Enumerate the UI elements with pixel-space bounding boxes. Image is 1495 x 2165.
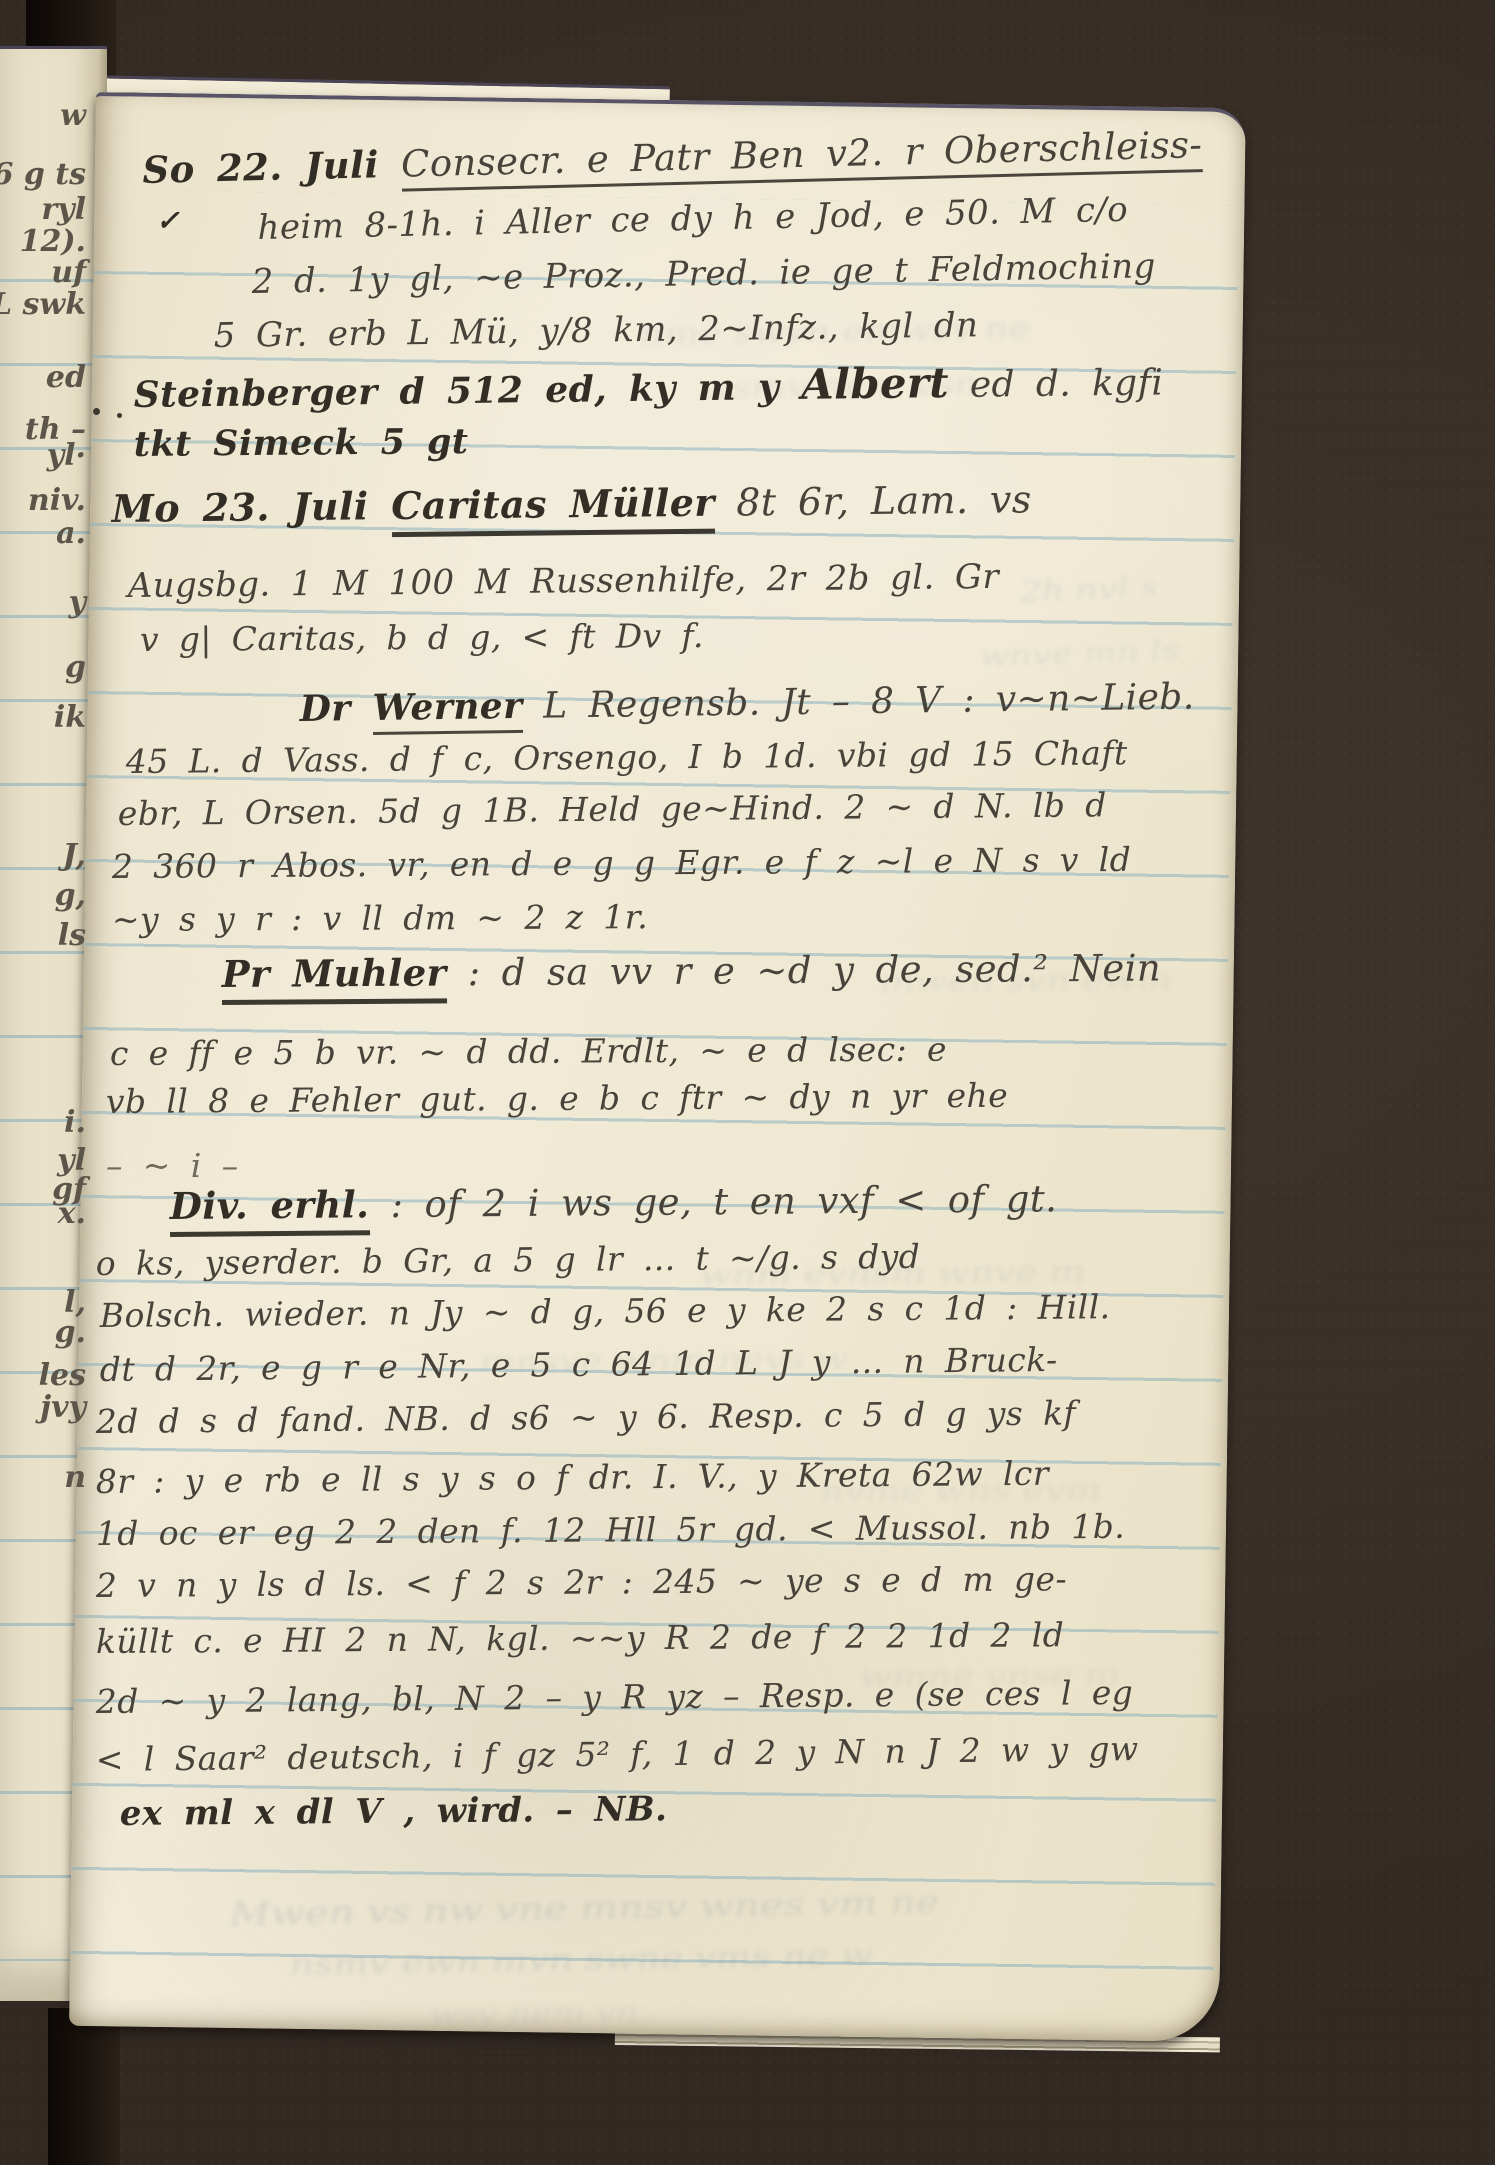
handwriting-text: : d sa vv r e ~d y de, sed.² Nein bbox=[446, 946, 1161, 994]
previous-page-fragment: g, bbox=[55, 878, 86, 913]
line-saar-deutsch: < l Saar² deutsch, i f gz 5² f, 1 d 2 y … bbox=[96, 1729, 1139, 1779]
handwriting-text: Dr bbox=[299, 687, 373, 730]
bleedthrough-ghost-line: wnve mn ls bbox=[979, 633, 1180, 673]
checkmark-glyph: ✓ bbox=[156, 204, 180, 237]
bleedthrough-ghost-line: nsmv ewn mvn swne vms ne w bbox=[289, 1938, 873, 1983]
entry-heading-pr-muhler: Pr Muhler : d sa vv r e ~d y de, sed.² N… bbox=[222, 945, 1162, 996]
entry-heading-dr-werner: Dr Werner L Regensb. Jt – 8 V : v~n~Lieb… bbox=[299, 676, 1194, 730]
handwriting-line: 2 360 r Abos. vr, en d e g g Egr. e f z … bbox=[112, 840, 1132, 886]
previous-page-fragment: 12). bbox=[20, 224, 86, 259]
handwriting-line: 45 L. d Vass. d f c, Orsengo, I b 1d. vb… bbox=[126, 733, 1128, 781]
previous-page-fragment: y bbox=[69, 585, 86, 620]
handwriting-line: 2d ~ y 2 lang, bl, N 2 – y R yz – Resp. … bbox=[96, 1673, 1134, 1721]
entry-title-caritas-mueller: Caritas Müller bbox=[391, 480, 715, 537]
name-simeck: tkt Simeck 5 gt bbox=[134, 421, 469, 465]
ink-dot bbox=[93, 408, 100, 415]
checkmark: ✓ bbox=[156, 204, 180, 237]
handwriting-line: Bolsch. wieder. n Jy ~ d g, 56 e y ke 2 … bbox=[100, 1287, 1111, 1335]
handwriting-line: 2d d s d fand. NB. d s6 ~ y 6. Resp. c 5… bbox=[96, 1393, 1077, 1441]
entry-heading-mo-23-juli: Mo 23. Juli Caritas Müller 8t 6r, Lam. v… bbox=[112, 476, 1032, 531]
handwriting-line: 1d oc er eg 2 2 den f. 12 Hll 5r gd. < M… bbox=[96, 1507, 1125, 1553]
name-steinberger: Steinberger d 512 ed, ky m y bbox=[133, 366, 801, 416]
handwriting-text: : of 2 i ws ge, t en vxf < of gt. bbox=[369, 1177, 1057, 1226]
line-mussol: 1d oc er eg 2 2 den f. 12 Hll 5r gd. < M… bbox=[96, 1507, 1125, 1553]
handwriting-line: o ks, yserder. b Gr, a 5 g lr ... t ~/g.… bbox=[96, 1237, 921, 1283]
previous-page-fragment: J, bbox=[63, 838, 86, 873]
bleedthrough-ghost-line: 2h nvl s bbox=[1019, 570, 1159, 608]
handwriting-text: v g| Caritas, b d g, < ft Dv f. bbox=[140, 616, 704, 659]
previous-page-fragment: x. bbox=[58, 1196, 86, 1231]
handwriting-text: küllt c. e HI 2 n N, kgl. ~~y R 2 de f 2… bbox=[96, 1615, 1065, 1661]
handwriting-line: v g| Caritas, b d g, < ft Dv f. bbox=[140, 616, 704, 659]
handwriting-text: ebr, L Orsen. 5d g 1B. Held ge~Hind. 2 ~… bbox=[118, 785, 1107, 833]
handwriting-text: 2 360 r Abos. vr, en d e g g Egr. e f z … bbox=[112, 840, 1132, 886]
name-albert: Albert bbox=[801, 358, 949, 409]
bleedthrough-ghost-line: Mwen vs nw vne mnsv wnes vm ne bbox=[229, 1883, 939, 1933]
handwriting-text: dt d 2r, e g r e Nr, e 5 c 64 1d L J y .… bbox=[100, 1340, 1058, 1389]
bleedthrough-ghost-line: wsv nem vn bbox=[430, 1995, 639, 2031]
photo-backdrop: nme swvn emwsv newsmv nem vsn2h nvl swnv… bbox=[0, 0, 1495, 2165]
name-pr-muhler: Pr Muhler bbox=[222, 950, 447, 1005]
closing-line: ex ml x dl V , wird. – NB. bbox=[120, 1789, 668, 1834]
heading-div-erhl: Div. erhl. bbox=[170, 1182, 370, 1237]
previous-page-fragment: a. bbox=[56, 516, 86, 551]
previous-page-fragment: n bbox=[64, 1460, 86, 1495]
handwriting-text: – ~ i – bbox=[106, 1146, 238, 1185]
line-bolsch: Bolsch. wieder. n Jy ~ d g, 56 e y ke 2 … bbox=[100, 1287, 1111, 1335]
previous-page-fragment: ryl bbox=[41, 192, 86, 227]
previous-page-fragment: i. bbox=[64, 1105, 86, 1140]
handwriting-text: ~y s y r : v ll dm ~ 2 z 1r. bbox=[112, 897, 648, 939]
handwriting-text: 2d d s d fand. NB. d s6 ~ y 6. Resp. c 5… bbox=[96, 1393, 1077, 1441]
previous-page-fragment: yl· bbox=[47, 438, 86, 473]
previous-page-fragment: ik bbox=[54, 700, 86, 735]
handwriting-text: 8t 6r, Lam. vs bbox=[714, 477, 1031, 524]
handwriting-text: c e ff e 5 b vr. ~ d dd. Erdlt, ~ e d ls… bbox=[110, 1030, 947, 1073]
handwriting-line: ~y s y r : v ll dm ~ 2 z 1r. bbox=[112, 897, 648, 939]
handwriting-line: c e ff e 5 b vr. ~ d dd. Erdlt, ~ e d ls… bbox=[110, 1030, 947, 1073]
handwriting-text: 45 L. d Vass. d f c, Orsengo, I b 1d. vb… bbox=[126, 733, 1128, 781]
handwriting-text: 2d ~ y 2 lang, bl, N 2 – y R yz – Resp. … bbox=[96, 1673, 1134, 1721]
previous-page-fragment: w bbox=[60, 98, 86, 133]
handwriting-line: 2 d. 1y gl, ~e Proz., Pred. ie ge t Feld… bbox=[251, 246, 1156, 302]
name-werner: Werner bbox=[372, 685, 522, 735]
handwriting-text: L Regensb. Jt – 8 V : v~n~Lieb. bbox=[522, 677, 1195, 727]
handwriting-line: 8r : y e rb e ll s y s o f dr. I. V., y … bbox=[96, 1454, 1049, 1501]
handwriting-text: 2 v n y ls d ls. < f 2 s 2r : 245 ~ ye s… bbox=[96, 1559, 1067, 1605]
handwriting-text: 2 d. 1y gl, ~e Proz., Pred. ie ge t Feld… bbox=[251, 246, 1156, 302]
ink-dot bbox=[117, 413, 122, 418]
previous-page-fragment: jvy bbox=[40, 1390, 86, 1425]
handwriting-line: tkt Simeck 5 gt bbox=[134, 421, 469, 465]
previous-page-fragment: niv. bbox=[28, 483, 86, 518]
handwriting-line: dt d 2r, e g r e Nr, e 5 c 64 1d L J y .… bbox=[100, 1340, 1058, 1389]
date-mo-23-juli: Mo 23. Juli bbox=[112, 483, 392, 531]
previous-page-fragment: ed bbox=[46, 360, 86, 395]
handwriting-line: vb ll 8 e Fehler gut. g. e b c ftr ~ dy … bbox=[106, 1076, 1008, 1121]
previous-page-fragment: les bbox=[39, 1358, 86, 1393]
handwriting-text: 8r : y e rb e ll s y s o f dr. I. V., y … bbox=[96, 1454, 1049, 1501]
handwriting-line: – ~ i – bbox=[106, 1146, 238, 1185]
handwriting-text: o ks, yserder. b Gr, a 5 g lr ... t ~/g.… bbox=[96, 1237, 921, 1283]
handwriting-line: küllt c. e HI 2 n N, kgl. ~~y R 2 de f 2… bbox=[96, 1615, 1065, 1661]
previous-page-fragment: L swk bbox=[0, 287, 86, 322]
handwriting-line: ex ml x dl V , wird. – NB. bbox=[120, 1789, 668, 1834]
handwriting-line: 2 v n y ls d ls. < f 2 s 2r : 245 ~ ye s… bbox=[96, 1559, 1067, 1605]
entry-heading-so-22-juli: So 22. Juli Consecr. e Patr Ben v2. r Ob… bbox=[142, 122, 1203, 192]
previous-page-fragment: ls bbox=[58, 918, 86, 953]
handwriting-line: Steinberger d 512 ed, ky m y Albert ed d… bbox=[133, 355, 1163, 417]
handwriting-line: heim 8-1h. i Aller ce dy h e Jod, e 50. … bbox=[257, 190, 1128, 248]
handwriting-text: ed d. kgfi bbox=[949, 362, 1164, 406]
handwriting-line: ebr, L Orsen. 5d g 1B. Held ge~Hind. 2 ~… bbox=[118, 785, 1107, 833]
content-overlay: nme swvn emwsv newsmv nem vsn2h nvl swnv… bbox=[0, 0, 1252, 2165]
entry-title-consecration: Consecr. e Patr Ben v2. r Oberschleiss- bbox=[401, 123, 1203, 192]
handwriting-text: vb ll 8 e Fehler gut. g. e b c ftr ~ dy … bbox=[106, 1076, 1008, 1121]
previous-page-fragment: g bbox=[65, 650, 86, 685]
previous-page-fragment: g. bbox=[55, 1315, 86, 1350]
handwriting-line: < l Saar² deutsch, i f gz 5² f, 1 d 2 y … bbox=[96, 1729, 1139, 1779]
previous-page-fragment: uf bbox=[51, 255, 86, 290]
date-so-22-juli: So 22. Juli bbox=[142, 142, 402, 192]
entry-heading-div-erhl: Div. erhl. : of 2 i ws ge, t en vxf < of… bbox=[170, 1176, 1058, 1228]
line-russenhilfe: Augsbg. 1 M 100 M Russenhilfe, 2r 2b gl.… bbox=[128, 557, 1000, 606]
handwriting-text: heim 8-1h. i Aller ce dy h e Jod, e 50. … bbox=[257, 190, 1128, 248]
previous-page-fragment: 6 g ts bbox=[0, 157, 86, 192]
handwriting-line: Augsbg. 1 M 100 M Russenhilfe, 2r 2b gl.… bbox=[128, 557, 1000, 606]
